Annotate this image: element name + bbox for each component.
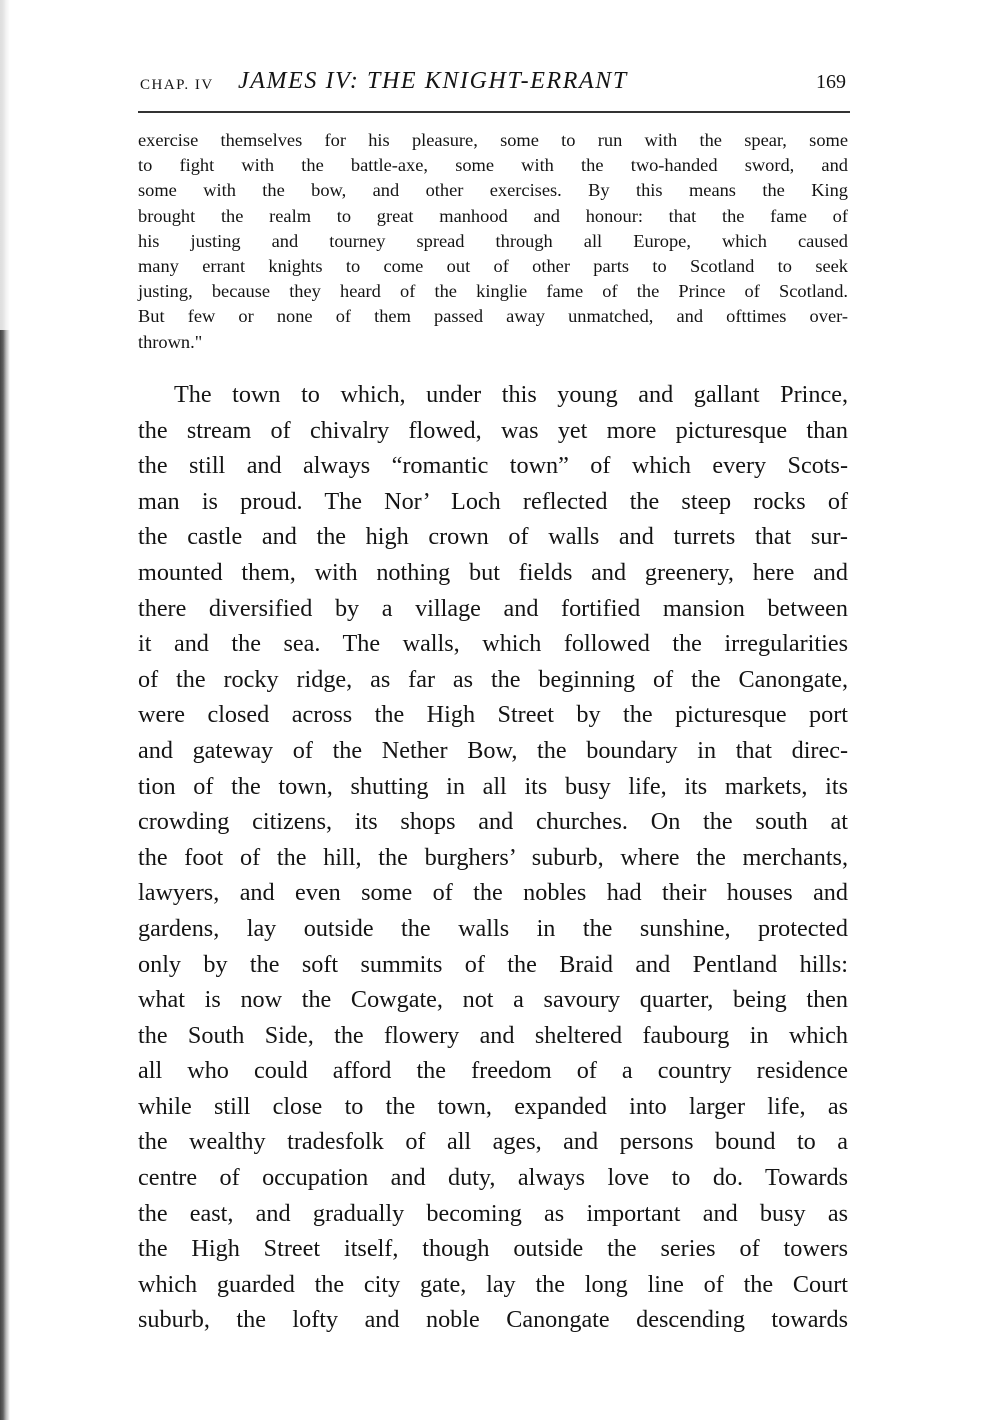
quote-line: some with the bow, and other exercises. … — [138, 178, 848, 203]
body-line: man is proud. The Nor’ Loch reflected th… — [138, 484, 848, 520]
quote-line: thrown." — [138, 330, 848, 355]
running-title: JAMES IV: THE KNIGHT-ERRANT — [238, 68, 628, 95]
body-line: the South Side, the flowery and sheltere… — [138, 1018, 848, 1054]
header-rule — [138, 111, 850, 113]
body-line: lawyers, and even some of the nobles had… — [138, 875, 848, 911]
quote-line: to fight with the battle-axe, some with … — [138, 153, 848, 178]
scan-edge-shadow — [0, 0, 10, 330]
body-line: gardens, lay outside the walls in the su… — [138, 911, 848, 947]
body-line: the east, and gradually becoming as impo… — [138, 1196, 848, 1232]
quote-line: justing, because they heard of the kingl… — [138, 279, 848, 304]
quote-line: But few or none of them passed away unma… — [138, 304, 848, 329]
chapter-label: CHAP. IV — [140, 77, 214, 94]
body-line: which guarded the city gate, lay the lon… — [138, 1267, 848, 1303]
body-line: the High Street itself, though outside t… — [138, 1231, 848, 1267]
body-line: the castle and the high crown of walls a… — [138, 519, 848, 555]
body-line: suburb, the lofty and noble Canongate de… — [138, 1302, 848, 1338]
body-line: it and the sea. The walls, which followe… — [138, 626, 848, 662]
body-line: of the rocky ridge, as far as the beginn… — [138, 662, 848, 698]
scan-edge-shadow — [0, 330, 10, 1420]
quote-line: his justing and tourney spread through a… — [138, 229, 848, 254]
body-line: while still close to the town, expanded … — [138, 1089, 848, 1125]
body-line: there diversified by a village and forti… — [138, 591, 848, 627]
quote-line: brought the realm to great manhood and h… — [138, 204, 848, 229]
body-line: the foot of the hill, the burghers’ subu… — [138, 840, 848, 876]
body-line: the stream of chivalry flowed, was yet m… — [138, 413, 848, 449]
body-line: tion of the town, shutting in all its bu… — [138, 769, 848, 805]
body-line: the still and always “romantic town” of … — [138, 448, 848, 484]
quote-line: many errant knights to come out of other… — [138, 254, 848, 279]
body-line: mounted them, with nothing but fields an… — [138, 555, 848, 591]
body-line: only by the soft summits of the Braid an… — [138, 947, 848, 983]
body-line: what is now the Cowgate, not a savoury q… — [138, 982, 848, 1018]
running-header: CHAP. IV JAMES IV: THE KNIGHT-ERRANT 169 — [140, 68, 852, 102]
block-quote: exercise themselves for his pleasure, so… — [138, 128, 848, 355]
body-line: centre of occupation and duty, always lo… — [138, 1160, 848, 1196]
body-line: were closed across the High Street by th… — [138, 697, 848, 733]
body-line: The town to which, under this young and … — [138, 377, 848, 413]
body-paragraph: The town to which, under this young and … — [138, 377, 848, 1338]
body-line: and gateway of the Nether Bow, the bound… — [138, 733, 848, 769]
quote-line: exercise themselves for his pleasure, so… — [138, 128, 848, 153]
body-line: all who could afford the freedom of a co… — [138, 1053, 848, 1089]
body-line: crowding citizens, its shops and churche… — [138, 804, 848, 840]
body-line: the wealthy tradesfolk of all ages, and … — [138, 1124, 848, 1160]
page-number: 169 — [816, 71, 846, 94]
